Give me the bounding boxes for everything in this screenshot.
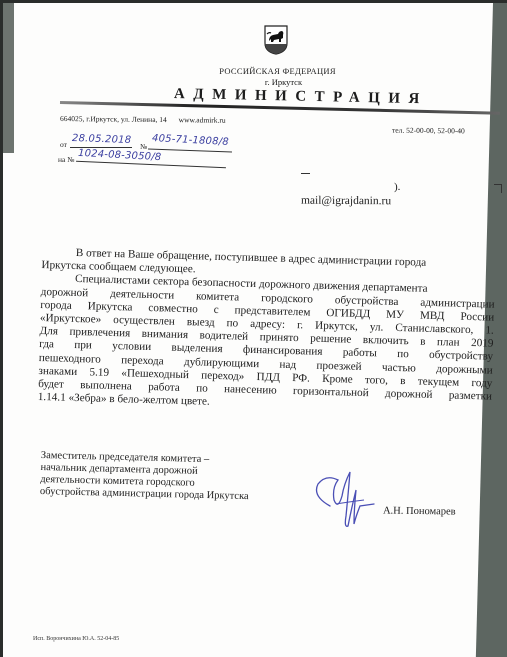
coat-of-arms-icon [264, 25, 288, 55]
scan-frame-top [0, 0, 507, 3]
letterhead-city: г. Иркутск [0, 77, 507, 87]
letterhead-address: 664025, г.Иркутск, ул. Ленина, 14 [60, 114, 167, 124]
recipient-email: mail@igrajdanin.ru [301, 195, 391, 208]
signatory-name: А.Н. Пономарев [383, 505, 456, 517]
letterhead-website: www.admirk.ru [179, 115, 226, 124]
registration-date: 28.05.2018 [72, 133, 132, 146]
letterhead-phone: тел. 52-00-00, 52-00-40 [392, 126, 465, 136]
date-label: от [60, 140, 67, 149]
handwritten-signature-icon [308, 466, 378, 534]
letter-body: В ответ на Ваше обращение, поступившее в… [38, 246, 496, 417]
reply-to-label: на № [58, 155, 74, 164]
address-block-corner-left [301, 173, 310, 174]
address-block-corner-right [494, 184, 502, 193]
letterhead-address-line: 664025, г.Иркутск, ул. Ленина, 14 www.ad… [60, 114, 226, 125]
signatory-title: Заместитель председателя комитета – нача… [40, 450, 250, 503]
executor-note: Исп. Ворончихина Ю.А. 52-04-85 [33, 636, 119, 642]
recipient-redacted-fragment: ). [394, 181, 400, 193]
number-label: № [140, 142, 147, 151]
scan-frame-left [0, 0, 3, 657]
letterhead-country: РОССИЙСКАЯ ФЕДЕРАЦИЯ [0, 66, 507, 76]
